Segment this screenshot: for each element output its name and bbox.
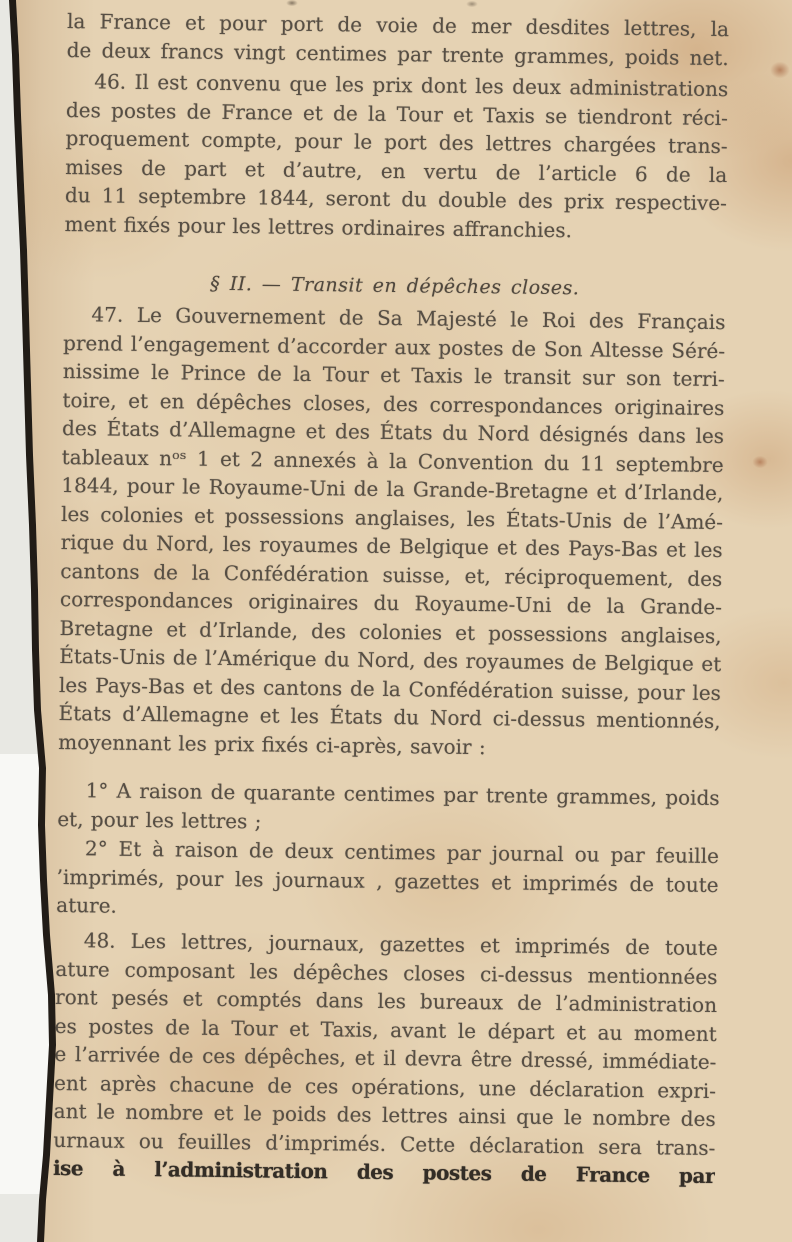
text-column: la France et pour port de voie de mer de… [52, 0, 729, 1242]
paragraph: 48. Les lettres, journaux, gazettes et i… [53, 926, 718, 1191]
section-heading-text: § II. — Transit en dépêches closes. [64, 268, 726, 305]
paragraph: 1° A raison de quarante centimes par tre… [57, 776, 720, 841]
paragraph: 2° Et à raison de deux centimes par jour… [56, 834, 719, 928]
paragraph: la France et pour port de voie de mer de… [67, 7, 730, 72]
section-heading: § II. — Transit en dépêches closes. [64, 268, 726, 305]
scanned-page: la France et pour port de voie de mer de… [0, 0, 792, 1242]
paragraph: 46. Il est convenu que les prix dont les… [64, 67, 728, 246]
paragraph: 47. Le Gouvernement de Sa Majesté le Roi… [58, 300, 726, 764]
